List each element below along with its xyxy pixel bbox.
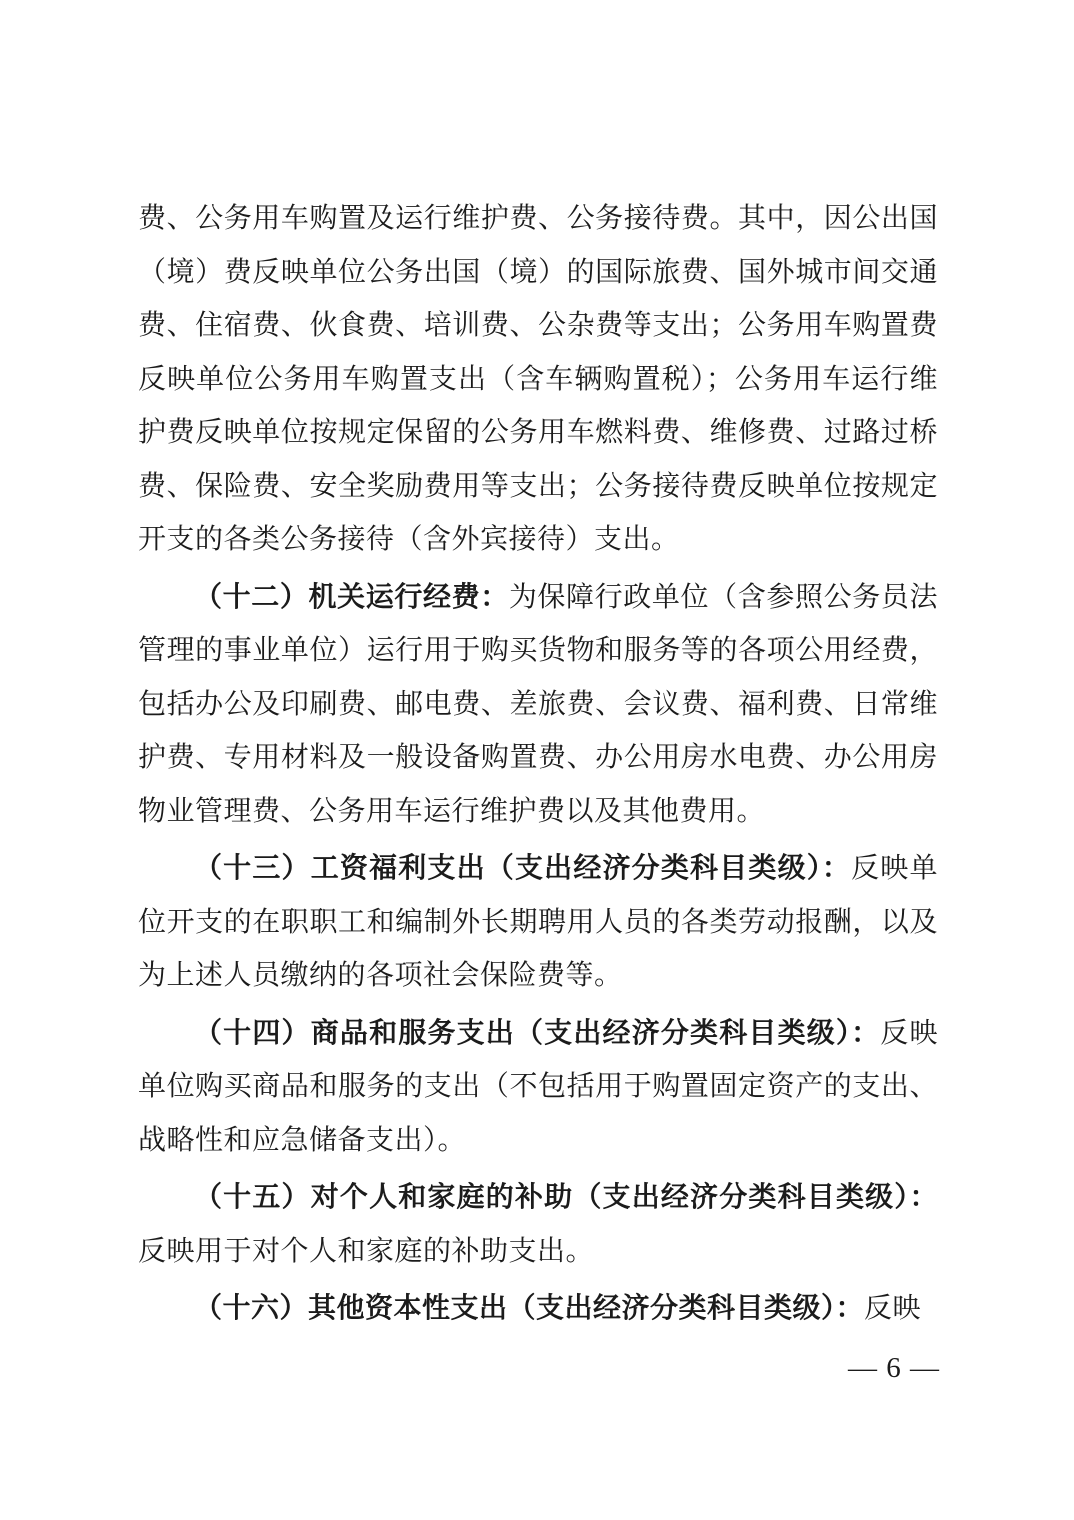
paragraph: （十二）机关运行经费：为保障行政单位（含参照公务员法管理的事业单位）运行用于购买… [138,571,938,839]
document-body: 费、公务用车购置及运行维护费、公务接待费。其中，因公出国（境）费反映单位公务出国… [138,192,938,1340]
paragraph-heading: （十五）对个人和家庭的补助（支出经济分类科目类级）： [194,1182,938,1213]
paragraph: （十五）对个人和家庭的补助（支出经济分类科目类级）：反映用于对个人和家庭的补助支… [138,1171,938,1278]
paragraph: （十六）其他资本性支出（支出经济分类科目类级）：反映 [138,1282,938,1336]
paragraph-text: 反映用于对个人和家庭的补助支出。 [138,1236,594,1267]
paragraph-heading: （十四）商品和服务支出（支出经济分类科目类级）： [194,1018,880,1049]
document-page: 费、公务用车购置及运行维护费、公务接待费。其中，因公出国（境）费反映单位公务出国… [0,0,1074,1520]
paragraph-heading: （十三）工资福利支出（支出经济分类科目类级）： [194,853,851,884]
paragraph-text: 反映 [864,1293,921,1324]
paragraph-text: 为保障行政单位（含参照公务员法管理的事业单位）运行用于购买货物和服务等的各项公用… [138,582,938,827]
page-number: — 6 — [848,1352,940,1385]
paragraph-heading: （十二）机关运行经费： [194,582,509,613]
paragraph: 费、公务用车购置及运行维护费、公务接待费。其中，因公出国（境）费反映单位公务出国… [138,192,938,567]
paragraph-heading: （十六）其他资本性支出（支出经济分类科目类级）： [194,1293,864,1324]
paragraph: （十三）工资福利支出（支出经济分类科目类级）：反映单位开支的在职职工和编制外长期… [138,842,938,1003]
paragraph: （十四）商品和服务支出（支出经济分类科目类级）：反映单位购买商品和服务的支出（不… [138,1007,938,1168]
paragraph-text: 费、公务用车购置及运行维护费、公务接待费。其中，因公出国（境）费反映单位公务出国… [138,203,938,555]
